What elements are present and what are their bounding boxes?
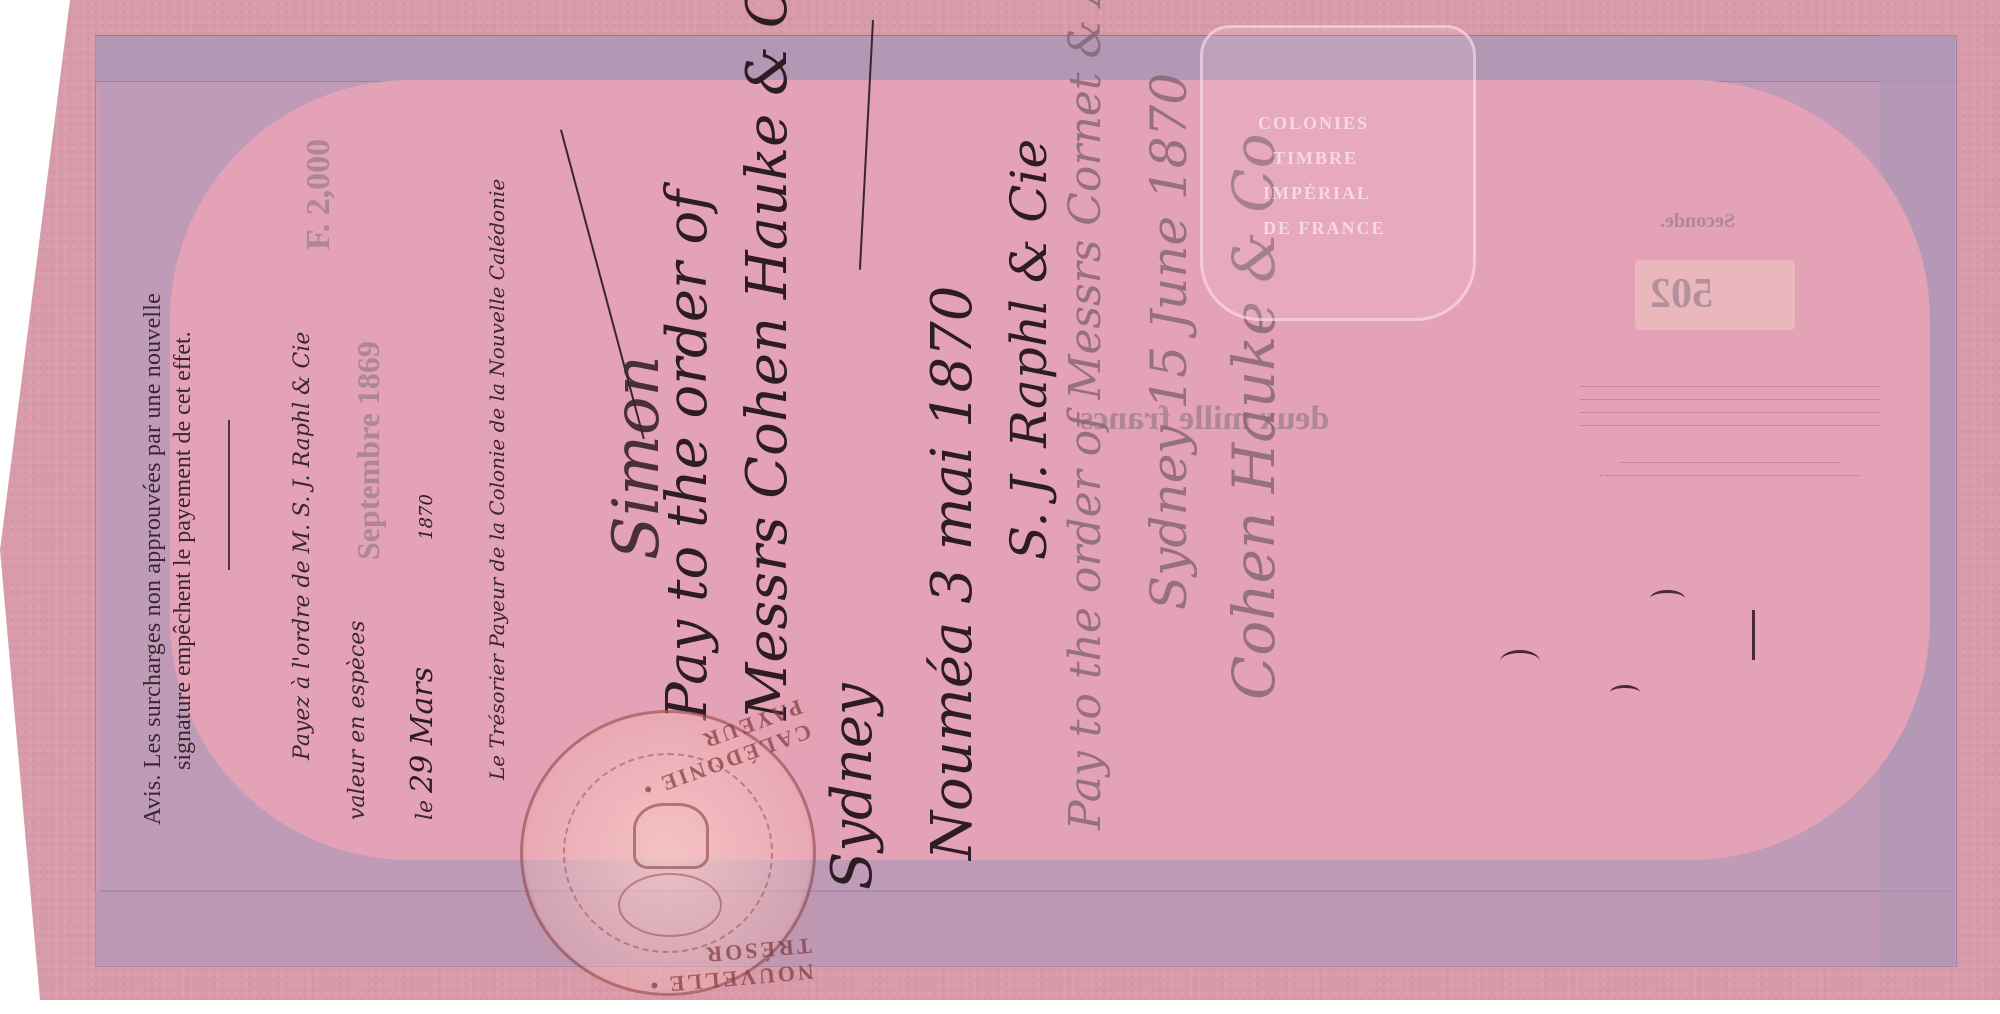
date-line: le 29 Mars 1870 — [405, 494, 440, 820]
value-line: valeur en espèces — [345, 620, 370, 820]
ghost-number: 502 — [1650, 270, 1713, 318]
date-prefix: le — [413, 800, 438, 820]
notice-line-2: signature empêchent le payement de cet e… — [170, 331, 197, 770]
endorsement3-line2: Sydney 15 June 1870 — [1140, 73, 1198, 610]
eagle-icon — [618, 873, 722, 937]
endorsement3-line1: Pay to the order of Messrs Cornet & Abat — [1060, 0, 1111, 830]
ink-mark — [1500, 650, 1540, 673]
ghost-amount-words: deux mille francs — [1080, 400, 1329, 438]
crown-icon — [633, 803, 709, 869]
ghost-date: Septembre 1869 — [350, 341, 387, 560]
endorsement2-signature: S. J. Raphl & Cie — [1000, 139, 1058, 560]
treasurer-line: Le Trésorier Payeur de la Colonie de la … — [485, 179, 509, 780]
endorsement2-line2: Messrs Cohen Hauke & Co — [735, 0, 800, 720]
date-handwritten: 29 Mars — [405, 667, 440, 793]
notice-divider — [228, 420, 230, 570]
endorsement2-line3: Sydney — [820, 683, 885, 890]
emboss-line-3: IMPÉRIAL — [1263, 183, 1371, 204]
document-sheet: F. 2,000 Septembre 1869 deux mille franc… — [0, 0, 2000, 1000]
emboss-line-2: TIMBRE — [1273, 148, 1358, 169]
emboss-line-1: COLONIES — [1258, 113, 1369, 134]
bottom-border-strip — [95, 890, 1955, 965]
ghost-amount: F. 2,000 — [300, 139, 338, 250]
embossed-revenue-seal: COLONIES TIMBRE IMPÉRIAL DE FRANCE — [1200, 25, 1476, 321]
ghost-fine-print — [1580, 380, 1880, 488]
top-border-strip — [95, 35, 1955, 82]
notice-line-1: Avis. Les surcharges non approuvées par … — [140, 293, 167, 825]
order-line: Payez à l'ordre de M. S. J. Raphl & Cie — [290, 332, 315, 760]
emboss-line-4: DE FRANCE — [1263, 218, 1386, 239]
endorsement2-line4: Nouméa 3 mai 1870 — [920, 286, 985, 860]
ghost-series: Seconde. — [1660, 210, 1735, 233]
ink-mark — [1752, 610, 1755, 660]
endorsement2-line1: Pay to the order of — [655, 190, 720, 720]
stamp-bottom-text: NOUVELLE • TRÉSOR — [566, 932, 815, 1005]
treasury-cancel-stamp: CALÉDONIE • PAYEUR NOUVELLE • TRÉSOR — [520, 710, 816, 996]
order-text: Payez à l'ordre de M. S. J. Raphl & Cie — [290, 332, 315, 760]
ink-mark — [1610, 685, 1640, 700]
year-handwritten: 1870 — [416, 494, 437, 540]
ink-mark — [1650, 590, 1685, 607]
